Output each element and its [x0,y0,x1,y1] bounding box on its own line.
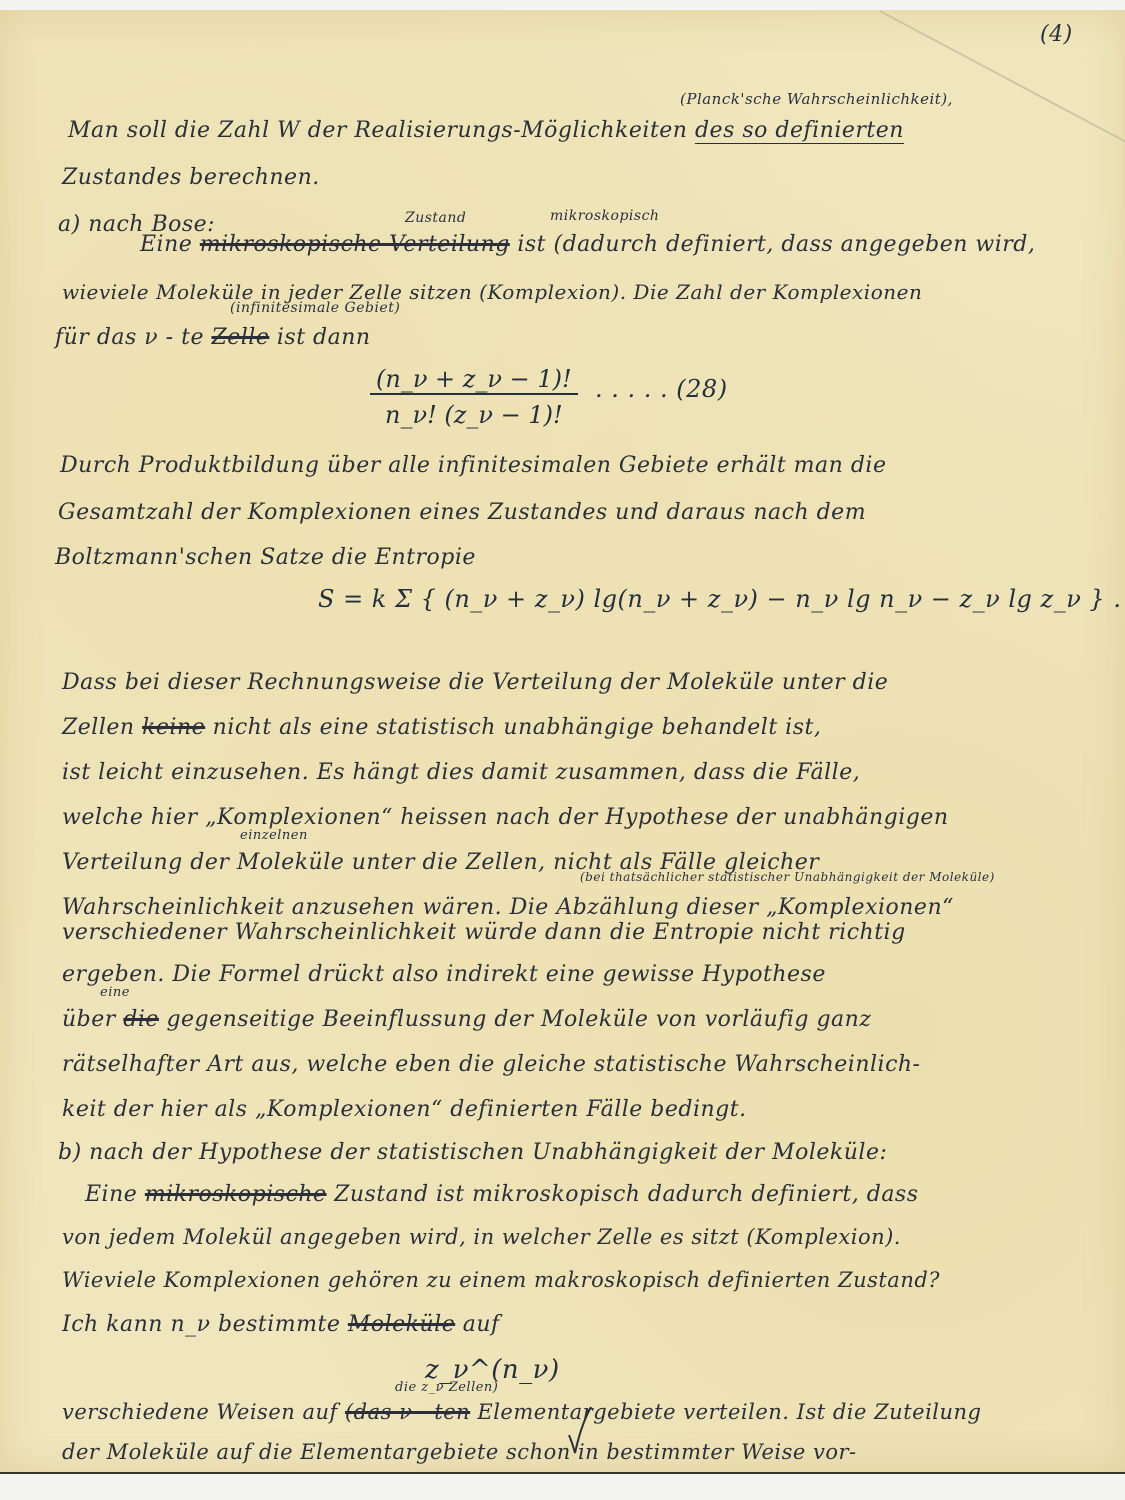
text-line-8: Boltzmann'schen Satze die Entropie [55,545,476,570]
struck-text: keine [142,715,205,740]
text-line-1b: des so definierten [695,118,904,144]
text-line-17a: über [62,1007,116,1032]
equation-29a: S = k Σ { (n_ν + z_ν) lg(n_ν + z_ν) − n_… [318,585,1125,613]
text-line-17b: gegenseitige Beeinflussung der Moleküle … [166,1007,871,1032]
text-line-16: ergeben. Die Formel drückt also indirekt… [62,962,826,987]
text-line-24b: Elementargebiete verteilen. Ist die Zute… [477,1400,981,1424]
text-line-20: Eine mikroskopische Zustand ist mikrosko… [85,1182,919,1207]
text-line-10a: Zellen [62,715,135,740]
text-line-12: welche hier „Komplexionen“ heissen nach … [62,805,949,830]
text-line-14: Wahrscheinlichkeit anzusehen wären. Die … [62,895,954,920]
text-line-25: der Moleküle auf die Elementargebiete sc… [62,1440,857,1464]
text-line-21: von jedem Molekül angegeben wird, in wel… [62,1225,901,1249]
page-number: (4) [1040,22,1073,47]
text-line-1a: Man soll die Zahl W der Realisierungs-Mö… [68,118,687,143]
annotation-gebiet: (infinitesimale Gebiet) [230,300,400,316]
text-line-23a: Ich kann n_ν bestimmte [62,1312,340,1337]
annotation-zellen-visible: die z_ν Zellen) [395,1380,498,1395]
text-line-3: Eine mikroskopische Verteilung ist (dadu… [140,232,1035,257]
text-line-5: für das ν - te Zelle ist dann [55,325,371,350]
text-line-6: Durch Produktbildung über alle infinites… [60,453,886,478]
text-line-10b: nicht als eine statistisch unabhängige b… [213,715,822,740]
struck-text: (das ν - ten [345,1400,470,1424]
text-line-22: Wieviele Komplexionen gehören zu einem m… [62,1268,940,1292]
struck-text: Moleküle [348,1312,455,1337]
text-line-2: Zustandes berechnen. [62,165,320,190]
text-line-24a: verschiedene Weisen auf [62,1400,338,1424]
struck-text: mikroskopische Verteilung [200,232,510,257]
text-line-5a: für das ν - te [55,325,204,350]
annotation-eine: eine [100,985,130,1000]
text-line-4: wieviele Moleküle in jeder Zelle sitzen … [62,280,922,304]
text-line-23: Ich kann n_ν bestimmte Moleküle auf [62,1312,500,1337]
text-line-1: Man soll die Zahl W der Realisierungs-Mö… [68,118,904,143]
text-line-15: verschiedener Wahrscheinlichkeit würde d… [62,920,906,945]
text-line-17: über die gegenseitige Beeinflussung der … [62,1007,871,1032]
text-line-3-rest: ist (dadurch definiert, dass angegeben w… [517,232,1035,257]
annotation-mikroskopisch: mikroskopisch [550,208,659,224]
word-eine: Eine [140,232,192,257]
annotation-tatsaechlich: (bei thatsächlicher statistischer Unabhä… [580,870,995,884]
struck-text: Zelle [211,325,269,350]
equation-28-fraction: (n_ν + z_ν − 1)! n_ν! (z_ν − 1)! [370,365,578,429]
text-line-18: rätselhafter Art aus, welche eben die gl… [62,1052,921,1077]
annotation-einzelnen: einzelnen [240,828,308,843]
struck-text: mikroskopische [145,1182,327,1207]
text-line-19: keit der hier als „Komplexionen“ definie… [62,1097,747,1122]
annotation-zustand: Zustand [405,210,466,226]
word-eine: Eine [85,1182,137,1207]
annotation-planck: (Planck'sche Wahrscheinlichkeit), [680,90,953,108]
text-line-23b: auf [463,1312,500,1337]
text-line-5b: ist dann [277,325,371,350]
text-line-9: Dass bei dieser Rechnungsweise die Verte… [62,670,888,695]
checkmark-icon [565,1405,595,1455]
text-line-24: verschiedene Weisen auf (das ν - ten Ele… [62,1400,982,1424]
equation-28-denominator: n_ν! (z_ν − 1)! [370,401,578,429]
equation-28-label: . . . . . (28) [595,375,728,403]
equation-28-numerator: (n_ν + z_ν − 1)! [370,365,578,395]
text-line-10: Zellen keine nicht als eine statistisch … [62,715,821,740]
text-line-20-rest: Zustand ist mikroskopisch dadurch defini… [334,1182,918,1207]
text-line-11: ist leicht einzusehen. Es hängt dies dam… [62,760,860,785]
struck-text: die [123,1007,159,1032]
text-line-7: Gesamtzahl der Komplexionen eines Zustan… [58,500,866,525]
section-b-heading: b) nach der Hypothese der statistischen … [58,1140,887,1165]
